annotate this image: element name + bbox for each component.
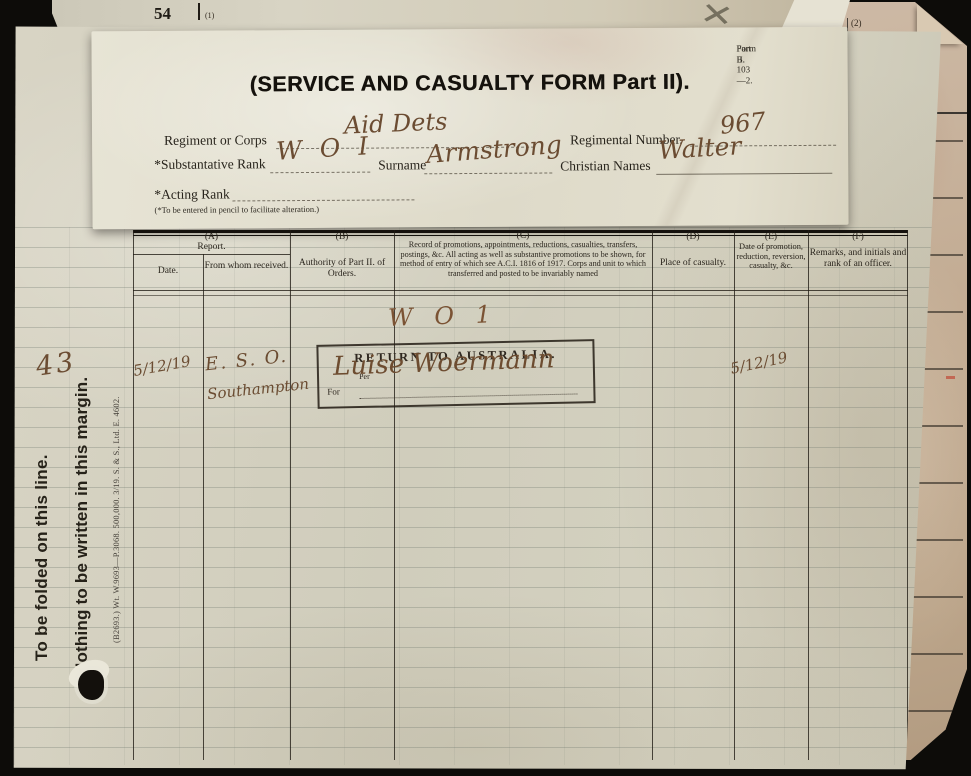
col-e-tag: (E) [734,232,808,243]
table-column-line [133,230,134,760]
rank-underline [270,172,370,174]
christian-names-underline [656,173,832,175]
header-bottom-rule [133,290,908,291]
col-a-title: Report. [133,242,290,253]
entry-event-date: 5/12/19 [729,348,789,378]
acting-rank-label: *Acting Rank [154,186,229,202]
back-sheet-corner-number: (2) [851,18,862,28]
col-c-header: Record of promotions, appointments, redu… [397,240,649,278]
surname-value: Armstrong [425,130,563,169]
margin-instruction-text: Nothing to be written in this margin. [72,285,92,675]
entry-from-whom-place: Southampton [206,375,309,404]
sheet-number: (1) [205,11,214,20]
pencil-footnote: (*To be entered in pencil to facilitate … [154,204,319,215]
col-f-header: Remarks, and initials and rank of an off… [808,248,908,269]
report-header-divider [133,254,290,255]
header-bottom-rule-inner [133,295,908,296]
table-column-line [808,230,809,760]
col-d-header: Place of casualty. [652,258,734,269]
entry-from-whom: E. S. O. [204,346,289,376]
stamp-for-label: For [327,386,340,396]
red-ink-mark [946,376,955,379]
col-f-tag: (F) [808,232,908,243]
form-reference-line2: Part II. [736,43,751,64]
printers-imprint: (B2693.) Wt. W.9693—P.3068. 500,000. 3/1… [111,283,121,643]
table-column-line [734,230,735,760]
col-b-tag: (B) [290,232,394,243]
col-date-header: Date. [133,266,203,277]
christian-names-value: Walter [657,131,742,165]
substantive-rank-value: W O I [275,131,373,166]
stamp-dotted-line [359,393,577,399]
entry-report-date: 5/12/19 [132,352,192,380]
col-from-whom-header: From whom received. [203,261,290,272]
table-column-line [907,230,908,760]
col-a-tag: (A) [133,232,290,243]
col-d-tag: (D) [652,232,734,243]
page-number: 54 [154,4,171,24]
table-column-line [290,230,291,760]
tick-mark [198,3,200,20]
substantive-rank-label: *Substantative Rank [154,156,265,173]
form-title: (SERVICE AND CASUALTY FORM Part II). [92,69,848,99]
regiment-label: Regiment or Corps [164,132,267,149]
scanned-service-casualty-form: (2) Regtl. No. 967 ✕ 54 (1) ✕ To be fold… [0,0,971,776]
christian-names-label: Christian Names [560,158,650,175]
punch-hole [78,670,104,700]
col-b-header: Authority of Part II. of Orders. [290,258,394,279]
table-column-line [203,254,204,760]
table-column-line [652,230,653,760]
col-e-header: Date of promotion, reduction, reversion,… [734,242,808,271]
surname-label: Surname [378,157,426,173]
surname-underline [424,172,552,174]
service-record-table: (A) Report. Date. From whom received. (B… [133,230,908,760]
form-header-card: Form B. 103—2. Part II. (SERVICE AND CAS… [91,27,848,230]
entry-rank-notation: W O 1 [388,300,499,332]
acting-rank-underline [232,199,414,201]
